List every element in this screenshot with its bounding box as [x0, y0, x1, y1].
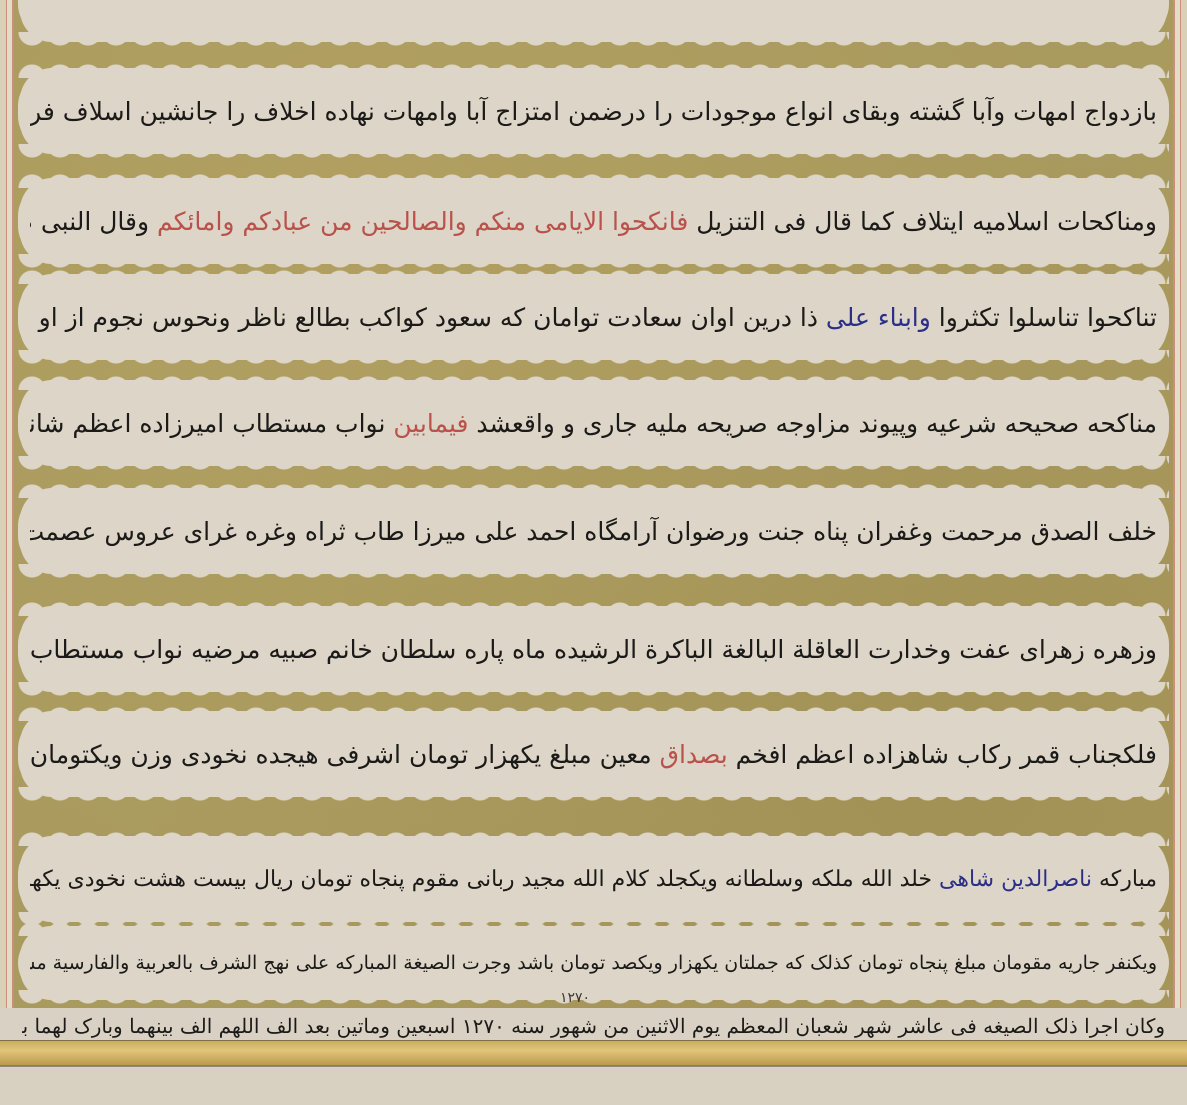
text-line-1: بازدواج امهات وآبا گشته وبقای انواع موجو…: [18, 72, 1169, 150]
text-line-6: وزهره زهرای عفت وخدارت العاقلة البالغة ا…: [18, 610, 1169, 688]
segment: ومناکحات اسلامیه ایتلاف کما قال فی التنز…: [688, 207, 1157, 236]
line-text: فلکجناب قمر رکاب شاهزاده اعظم افخم بصداق…: [30, 740, 1157, 769]
line-text: بازدواج امهات وآبا گشته وبقای انواع موجو…: [30, 97, 1157, 126]
date-numeral: ۱۲۷۰: [560, 990, 590, 1006]
segment: مبارکه: [1092, 867, 1157, 892]
segment-blue: وابناء علی: [818, 303, 939, 332]
segment: ذا درین اوان سعادت توامان که سعود کواکب …: [30, 303, 818, 332]
gold-border-band: [0, 1040, 1187, 1067]
segment: وزهره زهرای عفت وخدارت العاقلة البالغة ا…: [30, 635, 1157, 664]
text-line-5: خلف الصدق مرحمت وغفران پناه جنت ورضوان آ…: [18, 492, 1169, 570]
shah-name-blue: ناصرالدین شاهی: [939, 867, 1092, 892]
text-line-7: فلکجناب قمر رکاب شاهزاده اعظم افخم بصداق…: [18, 715, 1169, 793]
line-text: مبارکه ناصرالدین شاهی خلد الله ملکه وسلط…: [30, 867, 1157, 892]
line-text: مناکحه صحیحه شرعیه وپیوند مزاوجه صریحه م…: [30, 409, 1157, 438]
line-text: وزهره زهرای عفت وخدارت العاقلة البالغة ا…: [30, 635, 1157, 664]
segment: وقال النبی صلی الله علیه وآله: [30, 207, 157, 236]
cloud-band: [18, 0, 1169, 38]
segment: تناکحوا تناسلوا تکثروا: [939, 303, 1157, 332]
text-line-3: تناکحوا تناسلوا تکثروا وابناء علی ذا دری…: [18, 278, 1169, 356]
segment-red: فیمابین: [393, 409, 468, 438]
segment: معین مبلغ یکهزار تومان اشرفی هیجده نخودی…: [30, 740, 652, 769]
segment: خلف الصدق مرحمت وغفران پناه جنت ورضوان آ…: [30, 517, 1157, 546]
segment: خلد الله ملکه وسلطانه ویکجلد کلام الله م…: [30, 867, 939, 892]
text-line-4: مناکحه صحیحه شرعیه وپیوند مزاوجه صریحه م…: [18, 384, 1169, 462]
segment: مناکحه صحیحه شرعیه وپیوند مزاوجه صریحه م…: [468, 409, 1157, 438]
segment: ویکنفر جاریه مقومان مبلغ پنجاه تومان کذل…: [30, 952, 1157, 974]
text-line-9: ویکنفر جاریه مقومان مبلغ پنجاه تومان کذل…: [18, 930, 1169, 996]
segment: فلکجناب قمر رکاب شاهزاده اعظم افخم: [736, 740, 1157, 769]
manuscript-page: بازدواج امهات وآبا گشته وبقای انواع موجو…: [0, 0, 1187, 1105]
left-ruled-border: [0, 0, 14, 1040]
text-line-8: مبارکه ناصرالدین شاهی خلد الله ملکه وسلط…: [18, 840, 1169, 918]
closing-date-line: وکان اجرا ذلک الصیغه فی عاشر شهر شعبان ا…: [0, 1008, 1187, 1044]
lower-decorative-border: [0, 1066, 1187, 1105]
right-ruled-border: [1173, 0, 1187, 1040]
text-line-0-cropped: [18, 0, 1169, 38]
quranic-quote-red: فانکحوا الایامی منکم والصالحین من عبادکم…: [157, 207, 688, 236]
line-text: خلف الصدق مرحمت وغفران پناه جنت ورضوان آ…: [30, 517, 1157, 546]
segment-red: بصداق: [652, 740, 736, 769]
line-text: تناکحوا تناسلوا تکثروا وابناء علی ذا دری…: [30, 303, 1157, 332]
segment: بازدواج امهات وآبا گشته وبقای انواع موجو…: [30, 97, 1157, 126]
text-line-2: ومناکحات اسلامیه ایتلاف کما قال فی التنز…: [18, 182, 1169, 260]
segment: نواب مستطاب امیرزاده اعظم شانم الافخم سل…: [30, 409, 393, 438]
line-text: ومناکحات اسلامیه ایتلاف کما قال فی التنز…: [30, 207, 1157, 236]
closing-text: وکان اجرا ذلک الصیغه فی عاشر شهر شعبان ا…: [22, 1014, 1165, 1038]
line-text: ویکنفر جاریه مقومان مبلغ پنجاه تومان کذل…: [30, 952, 1157, 974]
text-block: بازدواج امهات وآبا گشته وبقای انواع موجو…: [18, 0, 1169, 1040]
